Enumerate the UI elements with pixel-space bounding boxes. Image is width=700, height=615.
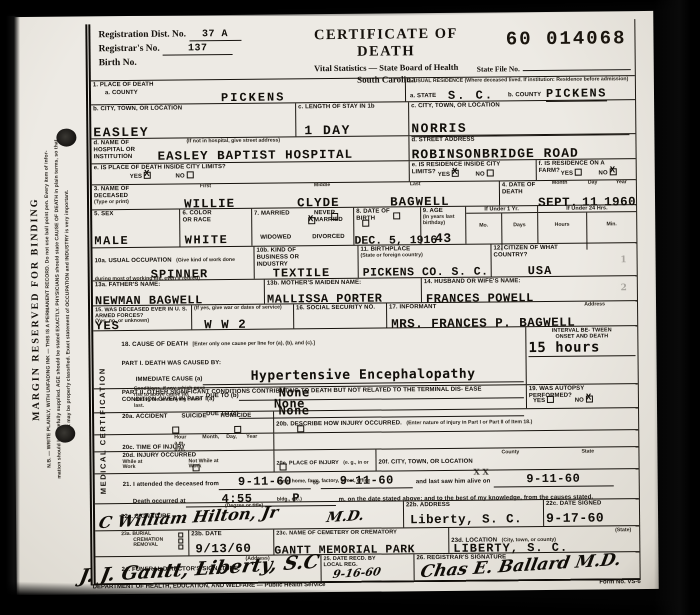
field-20a-accident-checkbox xyxy=(172,426,179,433)
field-14-spouse: 14. HUSBAND OR WIFE'S NAME: FRANCES POWE… xyxy=(421,276,637,302)
field-18-part2-label: PART II. OTHER SIGNIFICANT CONDITIONS CO… xyxy=(122,386,502,403)
field-20d-notwhile-label: Not While at Work xyxy=(188,459,228,471)
field-3-last-label: Last xyxy=(410,182,421,188)
field-23a-disposition: 23a. BURIAL CREMATION REMOVAL xyxy=(95,530,188,556)
field-17-informant: 17. INFORMANT Address MRS. FRANCES P. BA… xyxy=(386,301,637,327)
registrar-no-label: Registrar's No. xyxy=(99,44,160,55)
field-9-hint: (In years last birthday) xyxy=(423,215,463,227)
field-18-part2-value: None xyxy=(274,396,305,410)
field-13a-father: 13a. FATHER'S NAME: NEWMAN BAGWELL xyxy=(93,280,264,306)
field-1d-hospital: d. NAME OF HOSPITAL OR INSTITUTION (If n… xyxy=(91,136,409,163)
field-1-title: 1. PLACE OF DEATH xyxy=(93,79,403,89)
field-18-interval-label: INTERVAL BE- TWEEN ONSET AND DEATH xyxy=(550,327,614,340)
field-6-label: 6. COLOR OR RACE xyxy=(182,210,222,224)
field-3-first-label: First xyxy=(200,184,211,190)
field-14-label: 14. HUSBAND OR WIFE'S NAME: xyxy=(424,277,635,286)
field-21-lead: 21. I attended the deceased from xyxy=(123,481,219,489)
binding-margin-title: MARGIN RESERVED FOR BINDING xyxy=(28,99,43,519)
field-20f-state-label: State xyxy=(581,450,594,456)
field-2d-label: d. STREET ADDRESS xyxy=(411,135,633,144)
field-1c-length-of-stay: c. LENGTH OF STAY IN 1b 1 DAY xyxy=(295,102,409,136)
field-21-last-word: and last saw him alive on xyxy=(416,479,491,487)
field-7-marital-status: 7. MARRIED NEVER MARRIED WIDOWED DIVORCE… xyxy=(251,208,354,246)
field-2-title: 2. USUAL RESIDENCE (Where deceased lived… xyxy=(408,77,633,85)
field-23a-burial-checkbox xyxy=(178,532,183,537)
field-18-cause-of-death: 18. CAUSE OF DEATH [Enter only one cause… xyxy=(93,327,527,388)
file-number-block: 60 014068 State File No. xyxy=(476,19,635,77)
certificate-form: MEDICAL CERTIFICATION 1 2 Registration D… xyxy=(85,19,640,585)
field-4-label: 4. DATE OF DEATH xyxy=(502,182,536,196)
field-1b-city: b. CITY, TOWN, OR LOCATION EASLEY xyxy=(91,103,295,138)
form-header: Registration Dist. No. 37 A Registrar's … xyxy=(90,19,635,80)
row-24-25-26: 24. FUNERAL DIRECTOR'S SIGNATURE (Addres… xyxy=(95,551,639,583)
punch-hole-top xyxy=(56,128,76,146)
field-2c-label: c. CITY, TOWN, OR LOCATION xyxy=(411,101,633,110)
field-22a-signature: 22a. SIGNATURE (Degree or title) C Willi… xyxy=(95,501,403,530)
birth-no-label: Birth No. xyxy=(99,58,137,68)
field-25-date-received: 25. DATE RECD. BY LOCAL REG. 9-16-60 xyxy=(320,554,413,581)
field-2e-no-checkbox xyxy=(487,169,494,176)
field-9-mo-label: Mo. xyxy=(479,223,488,229)
field-5-label: 5. SEX xyxy=(94,211,177,219)
field-18-part1-label: PART I. DEATH WAS CAUSED BY: xyxy=(122,360,222,367)
field-20a-suicide-label: SUICIDE xyxy=(181,413,206,420)
scan-right-edge xyxy=(654,0,700,615)
field-22b-label: 22b. ADDRESS xyxy=(406,501,541,509)
death-certificate-scan: MARGIN RESERVED FOR BINDING N.B. — WRITE… xyxy=(0,0,700,615)
field-9-under-24hrs: If Under 24 Hrs. Hours Min. xyxy=(537,205,637,243)
scan-left-edge xyxy=(0,0,20,615)
field-8-date-of-birth: 8. DATE OF BIRTH DEC. 5, 1916 xyxy=(353,207,420,245)
row-city-stay: b. CITY, TOWN, OR LOCATION EASLEY c. LEN… xyxy=(91,99,635,138)
title-block: CERTIFICATE OF DEATH Vital Statistics — … xyxy=(295,21,477,79)
field-1e-yes-checkbox xyxy=(144,172,151,179)
field-21-to-word: to xyxy=(313,480,319,487)
field-2f-yes-label: YES xyxy=(561,171,573,177)
field-2f-farm: f. IS RESIDENCE ON A FARM? YES NO xyxy=(536,159,636,180)
field-22c-date-signed: 22c. DATE SIGNED 9-17-60 xyxy=(543,499,639,526)
field-23a-removal-checkbox xyxy=(178,544,183,549)
field-1a-label: a. COUNTY xyxy=(105,90,138,97)
state-file-no-blank xyxy=(523,62,631,71)
field-15-war-dates: (If yes, give war or dates of service) W… xyxy=(191,304,293,329)
certificate-title: CERTIFICATE OF DEATH xyxy=(295,26,476,62)
medical-certification-vertical-label: MEDICAL CERTIFICATION xyxy=(97,324,108,494)
field-20c-year-label: Year xyxy=(246,435,257,441)
field-20d-injury-occurred: 20d. INJURY OCCURRED While at Work Not W… xyxy=(94,451,274,474)
margin-note-line3: it may be properly classified. Exact sta… xyxy=(62,39,73,579)
field-13b-label: 13b. MOTHER'S MAIDEN NAME: xyxy=(267,279,419,287)
field-4-year-label: Year xyxy=(616,180,627,186)
row-cause-of-death: 18. CAUSE OF DEATH [Enter only one cause… xyxy=(93,325,638,388)
registrar-no-value: 137 xyxy=(163,43,233,56)
field-17-address-label: Address xyxy=(584,302,605,309)
field-9-min-label: Min. xyxy=(606,221,616,227)
field-15-armed-forces: 15. WAS DECEASED EVER IN U. S. ARMED FOR… xyxy=(93,305,191,330)
field-15-hint2: (If yes, give war or dates of service) xyxy=(194,305,291,312)
field-19-no-label: NO xyxy=(575,398,584,404)
margin-note-line1: N.B. — WRITE PLAINLY, WITH UNFADING INK … xyxy=(42,39,53,579)
field-24-funeral-director: 24. FUNERAL DIRECTOR'S SIGNATURE (Addres… xyxy=(95,555,320,583)
field-23a-cremation-checkbox xyxy=(178,538,183,543)
field-23d-location: 23d. LOCATION (City, town, or county) (S… xyxy=(448,526,639,553)
field-19-yes-label: YES xyxy=(533,398,545,404)
certificate-paper: MARGIN RESERVED FOR BINDING N.B. — WRITE… xyxy=(11,11,659,595)
field-2f-yes-checkbox xyxy=(575,169,582,176)
field-20e-place-of-injury: 20e. PLACE OF INJURY (e. g., in or about… xyxy=(274,450,375,472)
field-20a-suicide-checkbox xyxy=(235,426,242,433)
field-20f-county-label: County xyxy=(501,450,519,456)
field-5-sex: 5. SEX MALE xyxy=(92,209,180,247)
scan-top-edge xyxy=(0,0,700,16)
field-13b-mother: 13b. MOTHER'S MAIDEN NAME: MALLISSA PORT… xyxy=(264,278,421,304)
field-20a-accident-label: 20a. ACCIDENT xyxy=(122,414,167,421)
field-9-hours-label: Hours xyxy=(555,222,570,228)
field-12-label: 12. CITIZEN OF WHAT COUNTRY? xyxy=(493,245,573,260)
field-21-last-value: 9-11-60 xyxy=(493,471,613,487)
field-3-label: 3. NAME OF DECEASED xyxy=(94,186,164,200)
field-19-autopsy: 19. WAS AUTOPSY PERFORMED? YES NO xyxy=(527,384,638,408)
field-16-ssn: 16. SOCIAL SECURITY NO. xyxy=(293,304,386,329)
field-9-age: 9. AGE (In years last birthday) 43 xyxy=(420,207,466,244)
field-18a-value: Hypertensive Encephalopathy xyxy=(202,366,523,385)
field-22c-value: 9-17-60 xyxy=(546,510,604,526)
field-20c-time-of-injury: 20c. TIME OF INJURY Hour a.m. p.m. Month… xyxy=(94,434,274,452)
field-2b-label: b. COUNTY xyxy=(508,92,541,99)
binding-margin: MARGIN RESERVED FOR BINDING N.B. — WRITE… xyxy=(27,39,73,579)
field-2c-city: c. CITY, TOWN, OR LOCATION NORRIS xyxy=(409,100,635,135)
field-18-label: 18. CAUSE OF DEATH xyxy=(121,340,188,348)
field-3-middle-label: Middle xyxy=(314,183,330,189)
field-16-label: 16. SOCIAL SECURITY NO. xyxy=(296,305,384,313)
field-23b-label: 23b. DATE xyxy=(191,531,271,539)
field-1a-county: 1. PLACE OF DEATH a. COUNTY PICKENS xyxy=(91,78,406,104)
field-7-widowed-label: WIDOWED xyxy=(260,235,291,242)
field-20b-hint: (Enter nature of injury in Part I or Par… xyxy=(406,419,532,426)
state-file-number-stamp: 60 014068 xyxy=(506,27,627,50)
field-7-widowed-checkbox xyxy=(331,213,338,220)
field-20a-manner: 20a. ACCIDENT SUICIDE HOMICIDE xyxy=(94,412,274,435)
field-1d-label: d. NAME OF HOSPITAL OR INSTITUTION xyxy=(93,140,155,161)
field-20b-label: 20b. DESCRIBE HOW INJURY OCCURRED. xyxy=(276,420,402,427)
field-3-hint: (Type or print) xyxy=(94,200,154,206)
field-23c-cemetery: 23c. NAME OF CEMETERY OR CREMATORY GANTT… xyxy=(273,528,448,555)
field-1b-label: b. CITY, TOWN, OR LOCATION xyxy=(93,104,293,113)
scan-bottom-edge xyxy=(0,581,700,615)
field-22c-label: 22c. DATE SIGNED xyxy=(546,500,637,508)
field-2f-no-label: NO xyxy=(599,170,608,176)
field-2e-yes-checkbox xyxy=(452,170,459,177)
field-21-handwritten-mark: X X xyxy=(473,467,488,477)
field-20d-while-label: While at Work xyxy=(122,459,156,471)
field-2f-no-checkbox xyxy=(610,168,617,175)
field-12-citizen: 12. CITIZEN OF WHAT COUNTRY? USA xyxy=(490,243,636,276)
physician-degree: M.D. xyxy=(325,508,365,526)
field-18-interval: INTERVAL BE- TWEEN ONSET AND DEATH 15 ho… xyxy=(526,326,638,384)
field-23b-date: 23b. DATE 9/13/60 xyxy=(188,530,273,556)
physician-signature: C William Hilton, Jr xyxy=(97,502,280,532)
field-2e-residence-limits: e. IS RESIDENCE INSIDE CITY LIMITS? YES … xyxy=(410,160,536,181)
field-13a-label: 13a. FATHER'S NAME: xyxy=(95,281,262,289)
field-23c-label: 23c. NAME OF CEMETERY OR CREMATORY xyxy=(276,529,446,537)
field-22b-value: Liberty, S. C. xyxy=(410,512,522,527)
field-20c-day-label: Day, xyxy=(226,435,237,441)
field-21-to-value: 9-11-60 xyxy=(321,473,413,489)
field-7-divorced-label: DIVORCED xyxy=(312,234,345,241)
field-4-day-label: Day xyxy=(588,180,598,186)
field-1d-hint: (If not in hospital, give street address… xyxy=(186,139,280,146)
field-18-immediate-label: IMMEDIATE CAUSE (a) xyxy=(136,376,203,384)
field-11-hint: (State or foreign country) xyxy=(361,252,489,259)
field-23d-state-hint: (State) xyxy=(615,528,631,534)
field-18-bracket: [Enter only one cause per line for (a), … xyxy=(192,340,315,347)
row-sex-race-marital-birth-age: 5. SEX MALE 6. COLOR OR RACE WHITE 7. MA… xyxy=(92,204,636,247)
field-26-registrar: 26. REGISTRAR'S SIGNATURE Chas E. Ballar… xyxy=(413,552,639,580)
field-20f-label: 20f. CITY, TOWN, OR LOCATION xyxy=(379,459,473,466)
field-1e-no-checkbox xyxy=(187,171,194,178)
margin-note-line2: mation should be carefully supplied. AGE… xyxy=(52,39,63,579)
field-25-value: 9-16-60 xyxy=(332,565,382,581)
field-20c-month-label: Month, xyxy=(202,435,219,441)
field-2e-yes-label: YES xyxy=(438,172,450,178)
certificate-subtitle: Vital Statistics — State Board of Health xyxy=(296,62,477,74)
field-22b-address: 22b. ADDRESS Liberty, S. C. xyxy=(403,500,543,527)
row-occupation-birthplace-citizen: 10a. USUAL OCCUPATION (Give kind of work… xyxy=(92,242,636,280)
registration-dist-label: Registration Dist. No. xyxy=(98,29,186,40)
field-6-color-or-race: 6. COLOR OR RACE WHITE xyxy=(179,209,251,247)
field-2a-label: a. STATE xyxy=(410,93,436,100)
registration-block: Registration Dist. No. 37 A Registrar's … xyxy=(90,22,296,80)
field-2e-no-label: NO xyxy=(476,172,485,178)
field-10a-occupation: 10a. USUAL OCCUPATION (Give kind of work… xyxy=(92,247,253,281)
field-20e-label: 20e. PLACE OF INJURY xyxy=(277,460,339,467)
field-19-yes-checkbox xyxy=(547,396,554,403)
field-18-interval-value: 15 hours xyxy=(528,340,635,358)
field-20a-homicide-label: HOMICIDE xyxy=(221,413,252,420)
field-7-married-label: 7. MARRIED xyxy=(254,210,290,217)
field-20f-location: 20f. CITY, TOWN, OR LOCATION County Stat… xyxy=(375,447,638,471)
field-19-no-checkbox xyxy=(586,396,593,403)
field-11-birthplace: 11. BIRTHPLACE (State or foreign country… xyxy=(357,245,490,278)
field-8-label: 8. DATE OF BIRTH xyxy=(356,208,406,222)
field-4-date-of-death: 4. DATE OF DEATH Month Day Year SEPT. 11… xyxy=(500,180,636,205)
field-9-under-1yr: If Under 1 Yr. Mo. Days xyxy=(465,206,537,244)
field-9-days-label: Days xyxy=(513,222,525,228)
field-17-label: 17. INFORMANT xyxy=(389,304,436,311)
field-1e-no-label: NO xyxy=(176,173,185,179)
field-1e-yes-label: YES xyxy=(130,174,142,180)
state-file-no-label: State File No. xyxy=(477,64,520,73)
field-10a-label: 10a. USUAL OCCUPATION xyxy=(95,258,172,265)
punch-hole-bottom xyxy=(55,424,75,442)
field-21-from-value: 9-11-60 xyxy=(219,474,311,490)
registration-dist-value: 37 A xyxy=(189,29,241,41)
field-2d-street: d. STREET ADDRESS ROBINSONBRIDGE ROAD xyxy=(409,134,635,160)
field-2ab-state-county: 2. USUAL RESIDENCE (Where deceased lived… xyxy=(406,76,635,101)
field-4-month-label: Month xyxy=(552,181,568,187)
field-10b-industry: 10b. KIND OF BUSINESS OR INDUSTRY TEXTIL… xyxy=(253,246,357,279)
field-1c-label: c. LENGTH OF STAY IN 1b xyxy=(298,104,378,112)
